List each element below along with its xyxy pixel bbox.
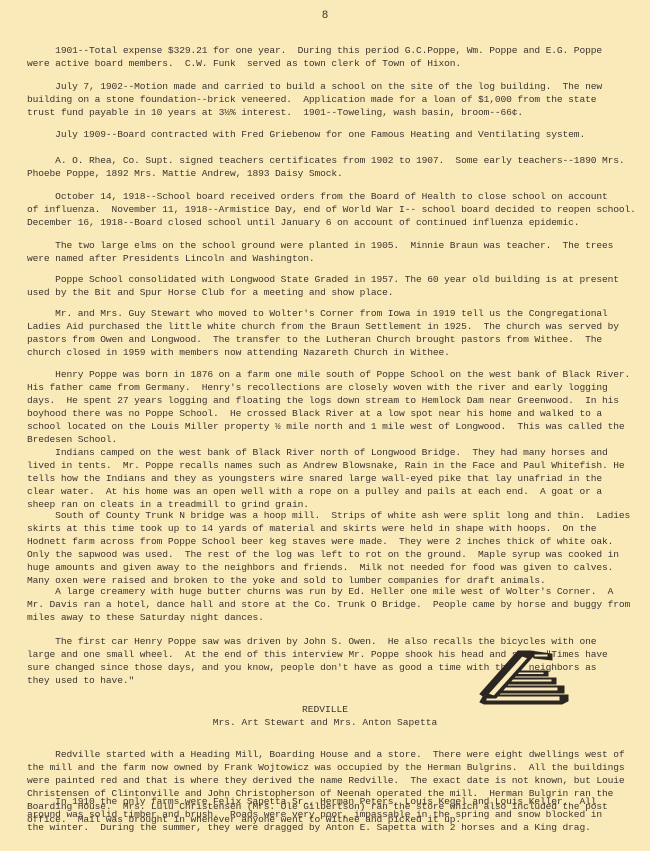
paragraph-1909-heating: July 1909--Board contracted with Fred Gr… bbox=[27, 128, 637, 141]
paragraph-henry-poppe: Henry Poppe was born in 1876 on a farm o… bbox=[27, 368, 637, 447]
paragraph-1918-influenza: October 14, 1918--School board received … bbox=[27, 190, 637, 229]
paragraph-hoop-mill: South of County Trunk N bridge was a hoo… bbox=[27, 509, 637, 588]
paragraph-1901-expense: 1901--Total expense $329.21 for one year… bbox=[27, 44, 637, 70]
paragraph-indians: Indians camped on the west bank of Black… bbox=[27, 446, 637, 511]
paragraph-1910-farms: In 1910 the only farms were Felix Sapett… bbox=[27, 795, 637, 834]
paragraph-teachers: A. O. Rhea, Co. Supt. signed teachers ce… bbox=[27, 154, 637, 180]
paragraph-1902-motion: July 7, 1902--Motion made and carried to… bbox=[27, 80, 637, 119]
paragraph-church: Mr. and Mrs. Guy Stewart who moved to Wo… bbox=[27, 307, 637, 359]
section-authors: Mrs. Art Stewart and Mrs. Anton Sapetta bbox=[0, 716, 650, 729]
stack-of-books-icon bbox=[472, 646, 577, 711]
document-page: 8 1901--Total expense $329.21 for one ye… bbox=[0, 0, 650, 851]
paragraph-elms: The two large elms on the school ground … bbox=[27, 239, 637, 265]
paragraph-consolidation: Poppe School consolidated with Longwood … bbox=[27, 273, 637, 299]
page-number: 8 bbox=[0, 10, 650, 22]
paragraph-creamery: A large creamery with huge butter churns… bbox=[27, 585, 637, 624]
